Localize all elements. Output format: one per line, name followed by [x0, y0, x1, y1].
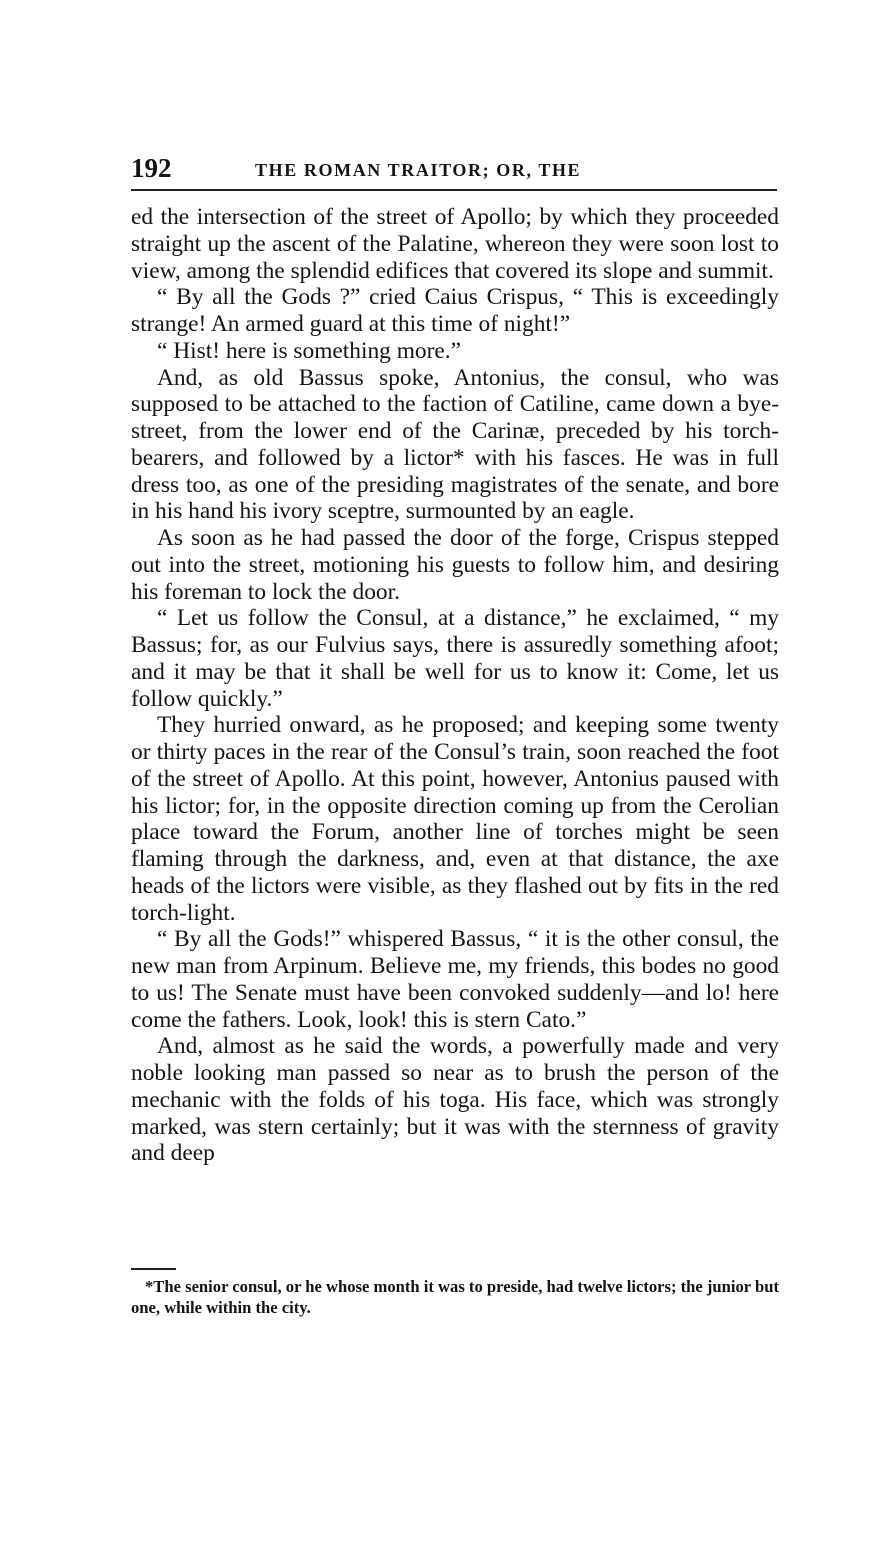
paragraph: And, almost as he said the words, a powe…: [131, 1033, 779, 1167]
header-rule: [131, 189, 777, 191]
book-page: 192 THE ROMAN TRAITOR; OR, THE ed the in…: [0, 0, 896, 1550]
page-number: 192: [131, 152, 172, 184]
footnotes: *The senior consul, or he whose month it…: [131, 1276, 779, 1318]
paragraph: And, as old Bassus spoke, Antonius, the …: [131, 365, 779, 526]
page-header: 192 THE ROMAN TRAITOR; OR, THE: [131, 152, 779, 184]
running-head: THE ROMAN TRAITOR; OR, THE: [255, 156, 581, 184]
paragraph: “ Let us follow the Consul, at a distanc…: [131, 605, 779, 712]
paragraph: “ By all the Gods!” whispered Bassus, “ …: [131, 926, 779, 1033]
body-text: ed the intersection of the street of Apo…: [131, 204, 779, 1167]
paragraph: They hurried onward, as he proposed; and…: [131, 712, 779, 926]
footnote-rule: [131, 1268, 176, 1270]
paragraph: “ By all the Gods ?” cried Caius Crispus…: [131, 284, 779, 338]
footnote: *The senior consul, or he whose month it…: [131, 1276, 779, 1318]
paragraph: ed the intersection of the street of Apo…: [131, 204, 779, 284]
paragraph: “ Hist! here is something more.”: [131, 338, 779, 365]
paragraph: As soon as he had passed the door of the…: [131, 525, 779, 605]
